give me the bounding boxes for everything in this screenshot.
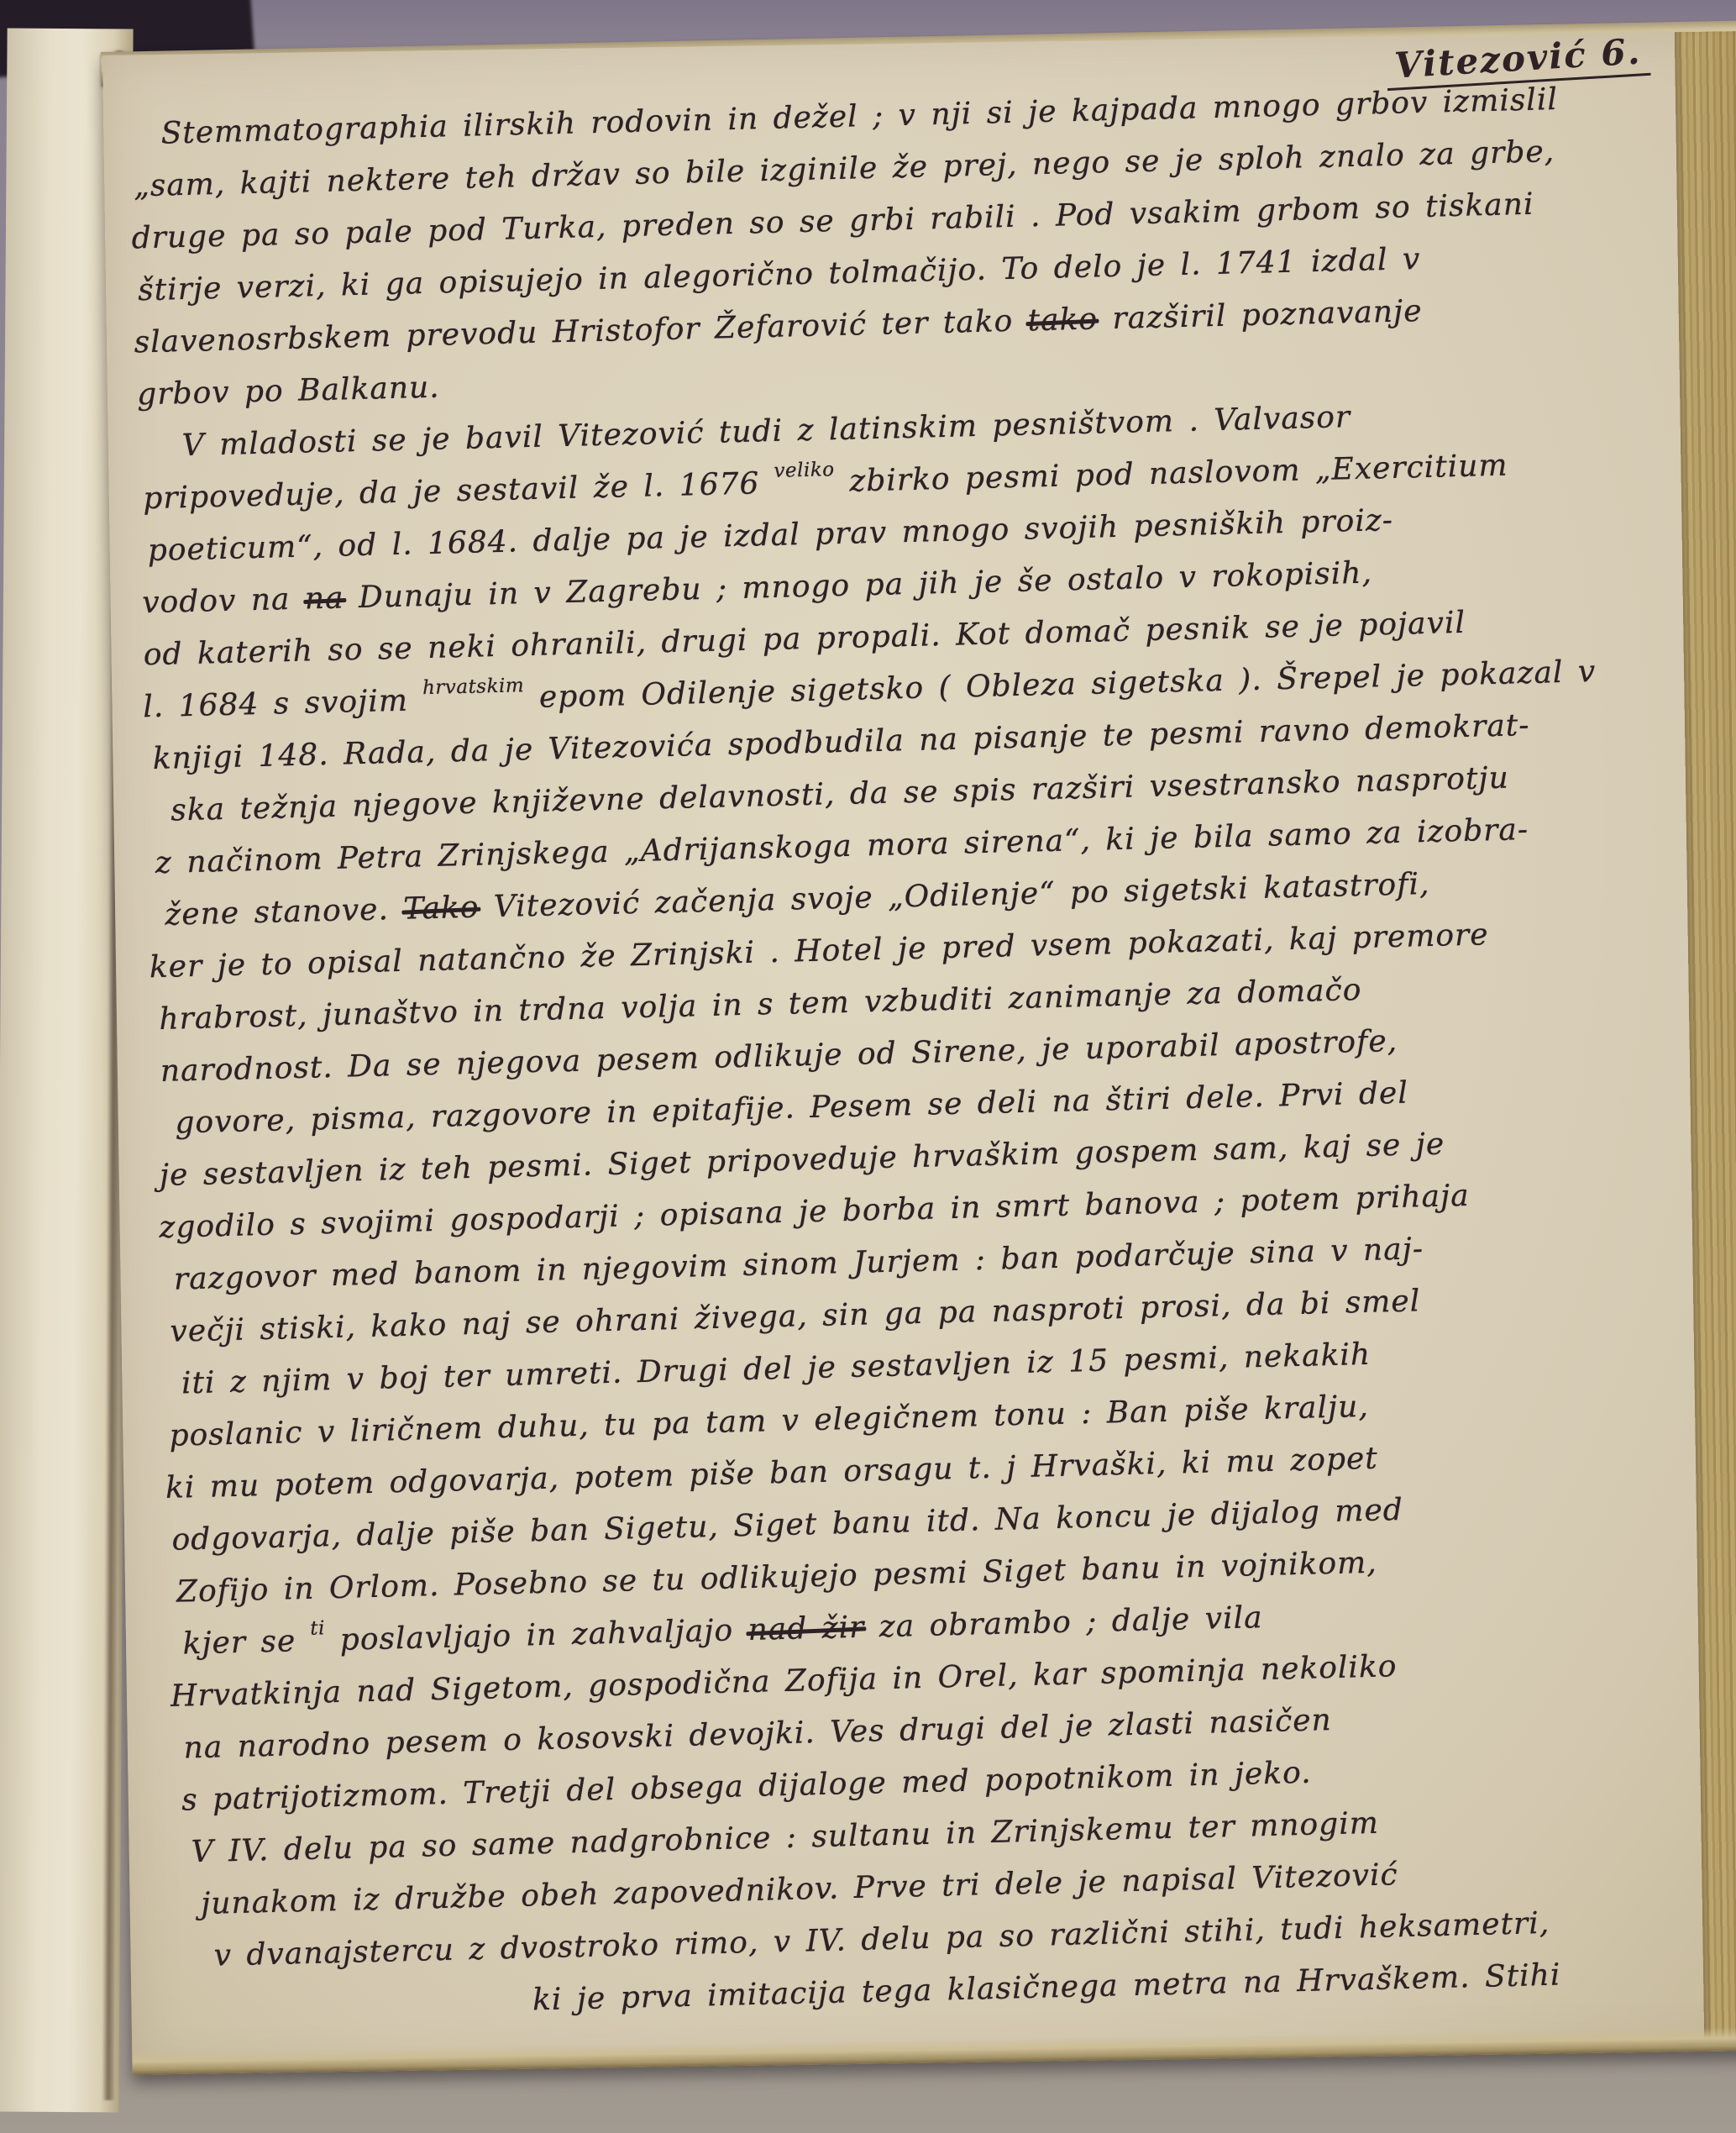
struck-word: Tako: [403, 891, 480, 927]
inserted-word: veliko: [774, 470, 834, 471]
manuscript-page: Vitezović 6. Stemmatographia ilirskih ro…: [102, 31, 1736, 2075]
struck-word: tako: [1027, 302, 1098, 338]
photograph-scene: Vitezović 6. Stemmatographia ilirskih ro…: [0, 0, 1736, 2133]
struck-word: na: [304, 581, 344, 616]
struck-word: nad žir: [747, 1610, 865, 1647]
page-stack-bottom-edge: [132, 2027, 1736, 2075]
manuscript-lines: Stemmatographia ilirskih rodovin in deže…: [125, 71, 1711, 2036]
inserted-word: hrvatskim: [422, 686, 524, 688]
